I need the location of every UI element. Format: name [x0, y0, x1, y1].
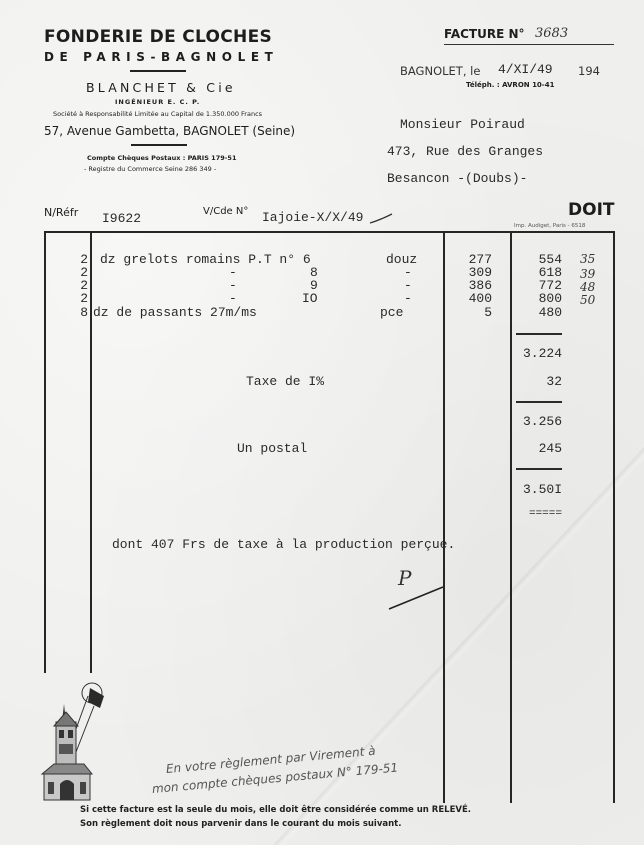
subtotal: 3.224	[510, 347, 562, 360]
table-left-border	[44, 231, 46, 673]
tax-note: dont 407 Frs de taxe à la production per…	[112, 538, 455, 551]
tax-amount: 32	[510, 375, 562, 388]
table-right-border	[613, 231, 615, 803]
printer-credit: Imp. Audiget, Paris - 6518	[514, 223, 585, 229]
signature-stroke	[386, 584, 446, 612]
table-top-border	[44, 231, 614, 233]
invoice-page: FONDERIE DE CLOCHES DE PARIS-BAGNOLET BL…	[0, 0, 644, 845]
postal-label: Un postal	[237, 442, 307, 455]
sum-rule	[516, 401, 562, 403]
church-bell-icon	[40, 682, 120, 802]
year-prefix: 194	[578, 64, 600, 78]
company-name: FONDERIE DE CLOCHES	[44, 27, 272, 47]
company-ccp: Compte Chèques Postaux : PARIS 179-51	[87, 154, 236, 162]
company-partner: BLANCHET & Cie	[86, 80, 236, 95]
tax-label: Taxe de I%	[246, 375, 324, 388]
qty-column-border	[90, 231, 92, 673]
recipient-name: Monsieur Poiraud	[400, 117, 525, 132]
company-engineer: INGÉNIEUR E. C. P.	[115, 98, 200, 106]
company-capital: Société à Responsabilité Limitée au Capi…	[53, 110, 262, 118]
company-subtitle: DE PARIS-BAGNOLET	[44, 50, 278, 64]
subtotal-2: 3.256	[510, 415, 562, 428]
invoice-date: 4/XI/49	[498, 62, 553, 77]
invoice-number: 3683	[535, 26, 568, 41]
doit-label: DOIT	[568, 200, 614, 220]
invoice-number-label: FACTURE N°	[444, 27, 525, 41]
recipient-city: Besancon -(Doubs)-	[387, 171, 527, 186]
footer-line1: Si cette facture est la seule du mois, e…	[80, 805, 471, 815]
divider	[130, 70, 186, 72]
sum-rule	[516, 333, 562, 335]
company-address: 57, Avenue Gambetta, BAGNOLET (Seine)	[44, 124, 295, 138]
place-label: BAGNOLET, le	[400, 64, 480, 78]
recipient-street: 473, Rue des Granges	[387, 144, 543, 159]
double-rule: =====	[510, 508, 562, 521]
company-phone: Téléph. : AVRON 10-41	[466, 81, 554, 89]
divider	[444, 44, 614, 45]
sum-rule	[516, 468, 562, 470]
divider	[131, 144, 187, 146]
price-column-border	[443, 231, 445, 803]
our-ref-value: I9622	[102, 211, 141, 226]
postal-amount: 245	[510, 442, 562, 455]
footer-line2: Son règlement doit nous parvenir dans le…	[80, 819, 401, 829]
company-registry: - Registre du Commerce Seine 286 349 -	[84, 165, 216, 173]
our-ref-label: N/Réfr	[44, 206, 78, 219]
checkmark-icon	[368, 212, 394, 226]
grand-total: 3.50I	[510, 483, 562, 496]
your-order-label: V/Cde N°	[203, 206, 248, 217]
your-order-value: Iajoie-X/X/49	[262, 210, 363, 225]
